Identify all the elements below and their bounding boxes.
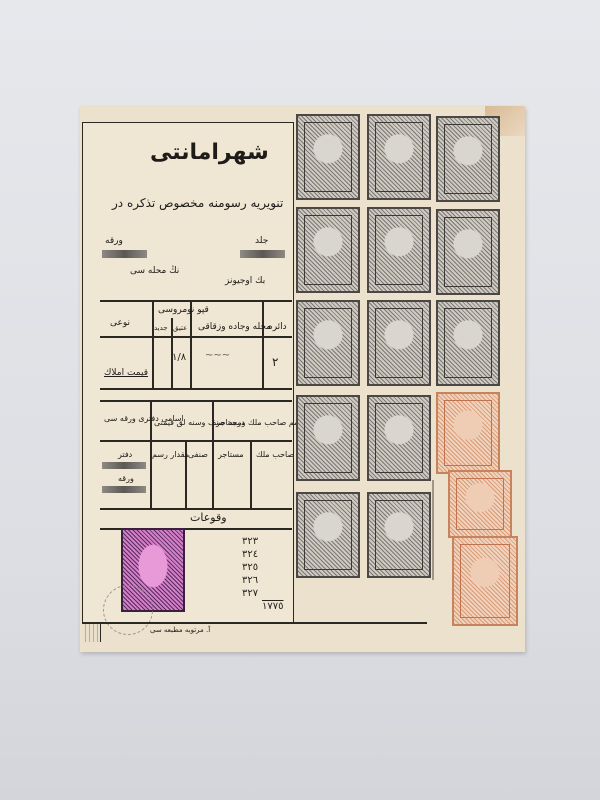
cilt-label: جلد xyxy=(255,236,268,246)
table1-bottom-border xyxy=(100,388,292,390)
gray-revenue-stamp xyxy=(367,114,431,200)
table1-col-divider xyxy=(152,300,154,388)
gray-revenue-stamp xyxy=(296,395,360,481)
table2-bottom-border xyxy=(100,508,292,510)
mahalle-label: نڭ محله سی xyxy=(130,266,179,276)
subheader-defter: دفتر xyxy=(118,450,132,459)
varak-shade-2 xyxy=(102,486,146,493)
gray-revenue-stamp xyxy=(367,300,431,386)
gray-revenue-stamp xyxy=(436,209,500,295)
table2-subcol-divider xyxy=(250,440,252,508)
varak-label: ورقه xyxy=(105,236,123,246)
gray-revenue-stamp xyxy=(296,114,360,200)
ledger-entry: ٣٢٥ xyxy=(242,562,258,573)
gray-revenue-stamp xyxy=(296,492,360,578)
orange-revenue-stamp xyxy=(452,536,518,626)
ledger-total: ١٧٧٥ xyxy=(262,601,283,612)
gray-revenue-stamp xyxy=(296,300,360,386)
round-seal-cancel xyxy=(103,585,153,635)
cilt-shade xyxy=(240,250,285,258)
table1-col-divider xyxy=(262,300,264,388)
ledger-entry: ٣٢٧ xyxy=(242,588,258,599)
ledger-entry: ٣٢٤ xyxy=(242,549,258,560)
gray-revenue-stamp xyxy=(367,207,431,293)
gray-revenue-stamp xyxy=(296,207,360,293)
vukuat-label: وقوعات xyxy=(190,511,227,524)
daire-value: ٢ xyxy=(272,355,278,369)
defter-shade xyxy=(102,462,146,469)
form-bottom-rule xyxy=(82,622,427,624)
gray-revenue-stamp xyxy=(367,492,431,578)
table2-top-border xyxy=(100,400,292,402)
stamp-perforation xyxy=(432,480,434,580)
document-subtitle: تنویریه رسومنه مخصوص تذکره در xyxy=(112,196,283,210)
document-title: شهرامانتی xyxy=(150,140,269,165)
kiymet-label: قیمت املاك xyxy=(104,368,148,378)
bey-label: بك اوجیونز xyxy=(225,276,265,286)
gray-revenue-stamp xyxy=(436,300,500,386)
ledger-entry: ٣٢٣ xyxy=(242,536,258,547)
subheader-sinf: صنفی xyxy=(188,450,208,459)
table2-header-border xyxy=(100,440,292,442)
gray-revenue-stamp xyxy=(436,116,500,202)
subheader-resim: مقدار رسم xyxy=(152,450,189,459)
orange-revenue-stamp xyxy=(448,470,512,538)
header-mahalle: محله وجاده وزقاقی xyxy=(198,322,271,332)
subheader-cedid: جدید xyxy=(154,324,168,332)
subheader-sahib-mulk: صاحب ملك xyxy=(256,450,294,459)
subheader-atik: عتیق xyxy=(173,324,187,332)
header-numero: قپو نومروسی xyxy=(158,305,209,315)
gray-revenue-stamp xyxy=(367,395,431,481)
mahalle-handwriting: ~~~ xyxy=(205,350,230,361)
header-nevi: نوعی xyxy=(110,318,130,328)
subheader-varak: ورقه xyxy=(118,474,134,483)
orange-revenue-stamp xyxy=(436,392,500,474)
printer-label: آ. مرتوبه مطبعه سی xyxy=(150,626,210,634)
ledger-entry: ٣٢٦ xyxy=(242,575,258,586)
numero-value: ١/٨ xyxy=(172,352,186,363)
subheader-mustecir: مستاجر xyxy=(218,450,244,459)
varak-shade xyxy=(102,250,147,258)
header-defter: اسامی دفتری ورقه سی xyxy=(104,414,184,423)
table2-col-divider xyxy=(212,400,214,508)
